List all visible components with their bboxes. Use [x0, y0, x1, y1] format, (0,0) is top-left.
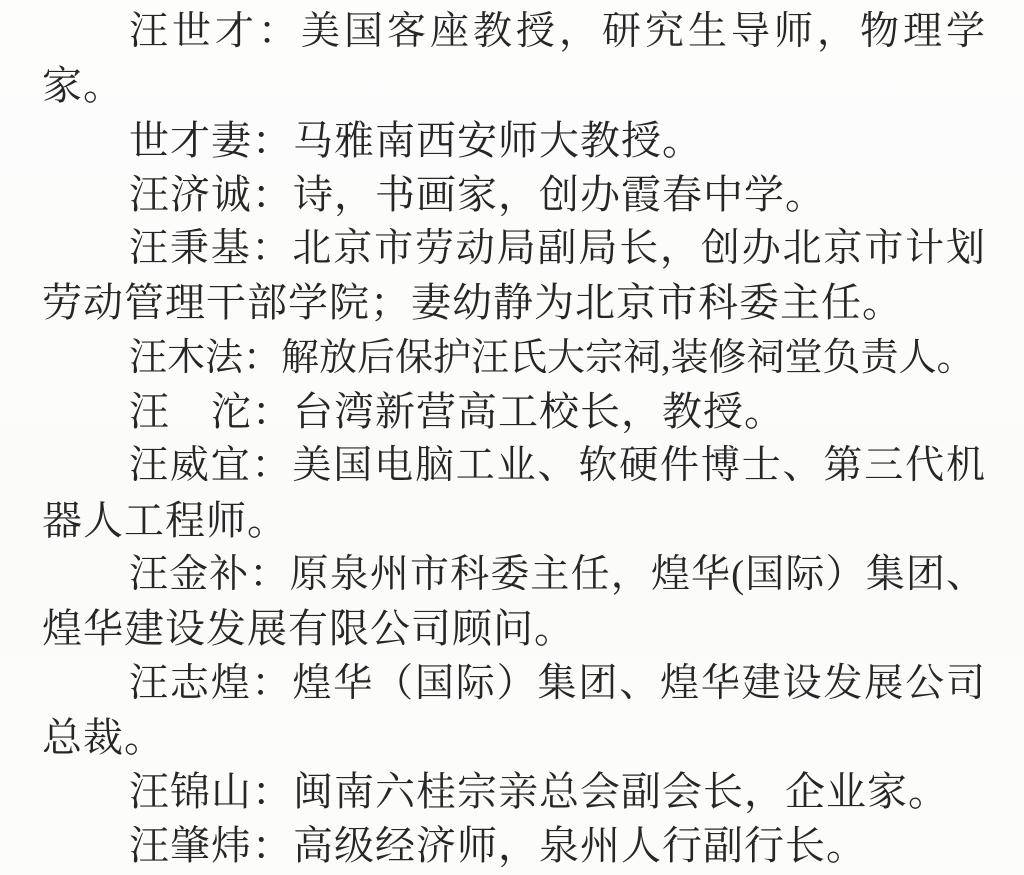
text-line: 器人工程师。	[42, 494, 985, 548]
text-line: 汪木法：解放后保护汪氏大宗祠,装修祠堂负责人。	[42, 331, 985, 385]
text-line: 总裁。	[42, 711, 985, 765]
text-line: 汪世才：美国客座教授，研究生导师，物理学	[42, 5, 985, 59]
text-line: 劳动管理干部学院；妻幼静为北京市科委主任。	[42, 276, 985, 330]
text-line: 煌华建设发展有限公司顾问。	[42, 602, 985, 656]
text-column: 汪世才：美国客座教授，研究生导师，物理学家。世才妻：马雅南西安师大教授。汪济诚：…	[42, 5, 985, 874]
text-line: 汪锦山：闽南六桂宗亲总会副会长，企业家。	[42, 765, 985, 819]
text-line: 汪志煌：煌华（国际）集团、煌华建设发展公司	[42, 657, 985, 711]
text-line: 世才妻：马雅南西安师大教授。	[42, 114, 985, 168]
text-line: 汪金补：原泉州市科委主任，煌华(国际）集团、	[42, 548, 985, 602]
text-line: 汪肇炜：高级经济师，泉州人行副行长。	[42, 819, 985, 873]
text-line: 家。	[42, 59, 985, 113]
text-line: 汪秉基：北京市劳动局副局长，创办北京市计划	[42, 222, 985, 276]
text-line: 汪 沱：台湾新营高工校长，教授。	[42, 385, 985, 439]
text-line: 汪威宜：美国电脑工业、软硬件博士、第三代机	[42, 439, 985, 493]
scanned-page: 汪世才：美国客座教授，研究生导师，物理学家。世才妻：马雅南西安师大教授。汪济诚：…	[0, 0, 1024, 875]
text-line: 汪济诚：诗，书画家，创办霞春中学。	[42, 168, 985, 222]
